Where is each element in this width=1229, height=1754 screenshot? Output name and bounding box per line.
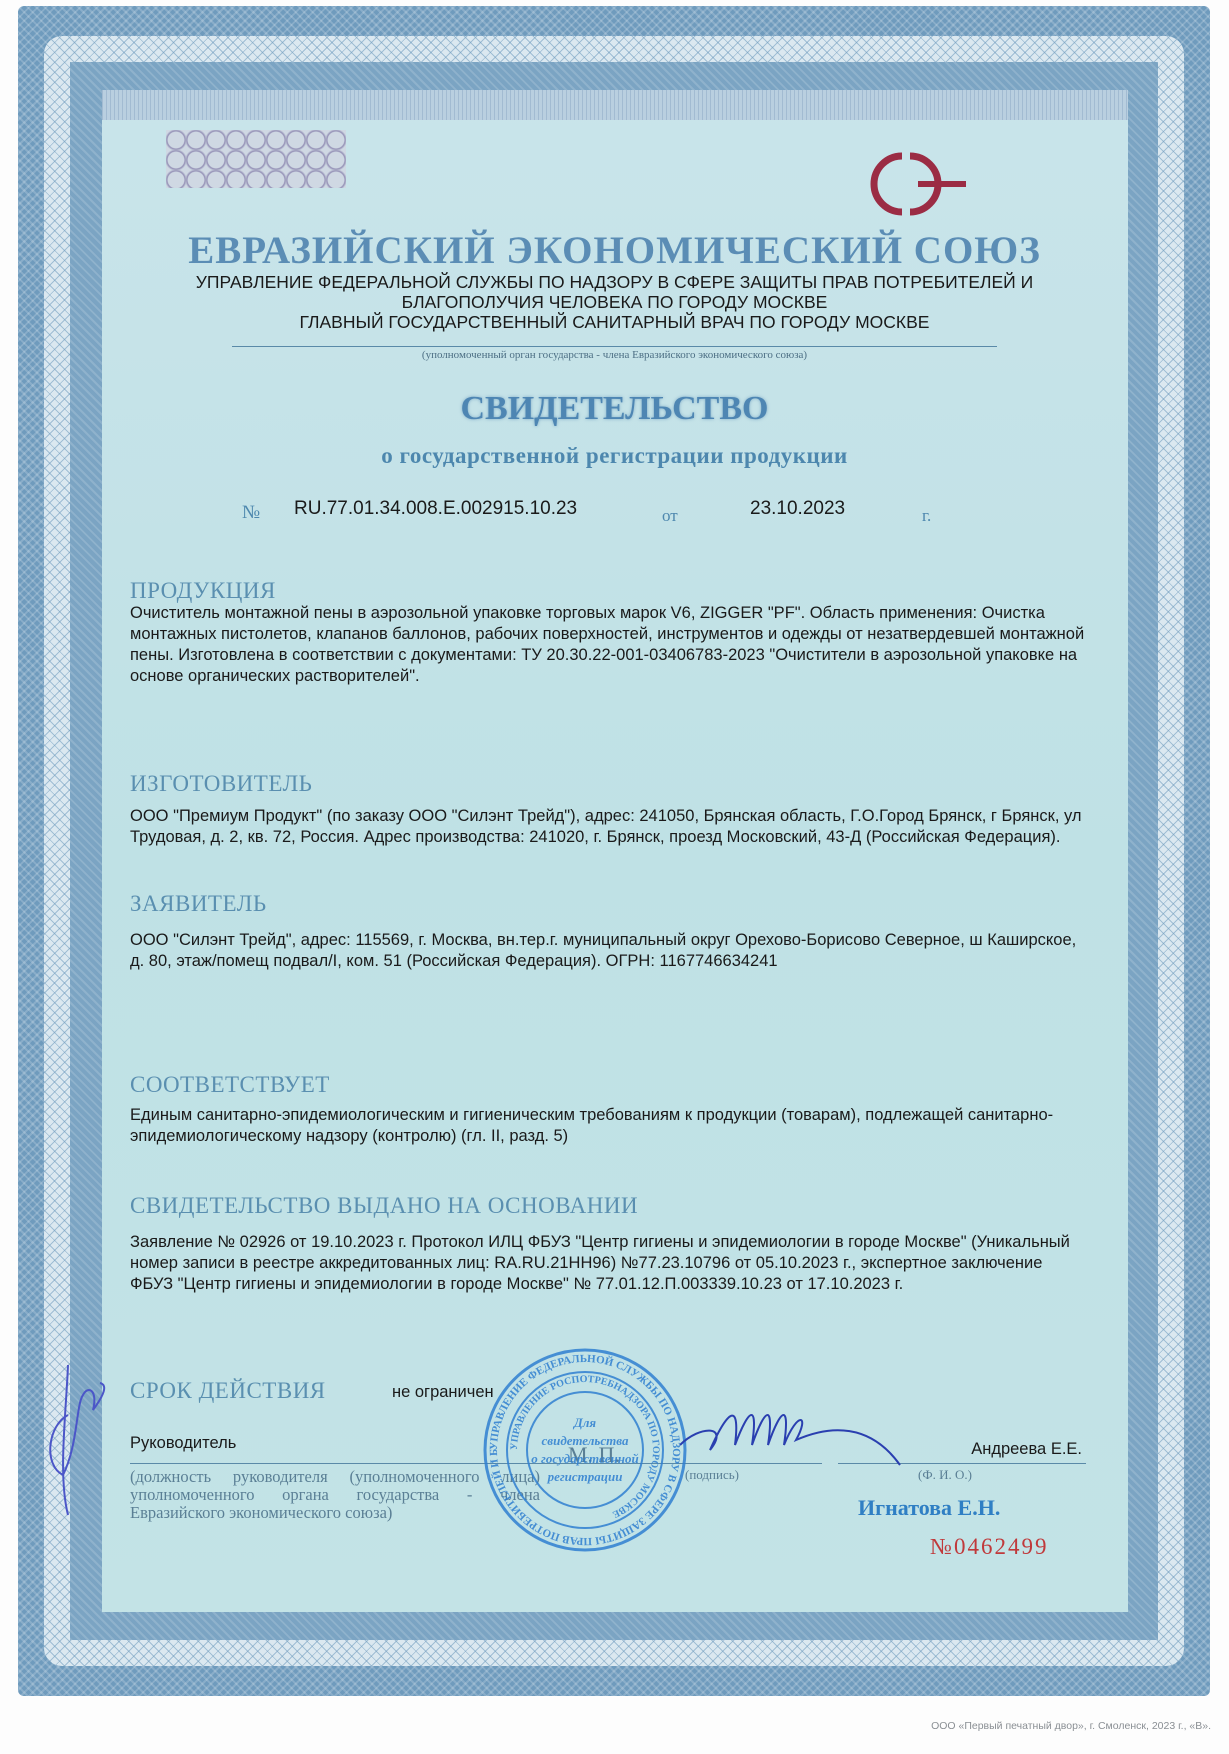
- position-caption: (должность руководителя (уполномоченного…: [130, 1468, 540, 1522]
- validity-value: не ограничен: [392, 1383, 494, 1402]
- section-heading-validity: СРОК ДЕЙСТВИЯ: [130, 1378, 326, 1404]
- agency-line: ГЛАВНЫЙ ГОСУДАРСТВЕННЫЙ САНИТАРНЫЙ ВРАЧ …: [140, 312, 1089, 332]
- serial-number: №0462499: [930, 1534, 1048, 1560]
- authority-caption: (уполномоченный орган государства - член…: [0, 349, 1229, 361]
- section-heading-basis: СВИДЕТЕЛЬСТВО ВЫДАНО НА ОСНОВАНИИ: [130, 1193, 638, 1219]
- certificate-title: СВИДЕТЕЛЬСТВО: [0, 390, 1229, 428]
- union-title: ЕВРАЗИЙСКИЙ ЭКОНОМИЧЕСКИЙ СОЮЗ: [0, 228, 1229, 273]
- svg-text:Для: Для: [573, 1415, 597, 1430]
- official-seal-icon: УПРАВЛЕНИЕ ФЕДЕРАЛЬНОЙ СЛУЖБЫ ПО НАДЗОРУ…: [480, 1345, 690, 1555]
- section-heading-applicant: ЗАЯВИТЕЛЬ: [130, 891, 267, 917]
- registration-number-row: № RU.77.01.34.008.E.002915.10.23 от 23.1…: [0, 498, 1229, 528]
- se-conformity-mark-icon: [858, 148, 978, 220]
- svg-text:свидетельства: свидетельства: [542, 1433, 629, 1448]
- registration-date: 23.10.2023: [750, 498, 845, 520]
- section-body-complies: Единым санитарно-эпидемиологическим и ги…: [130, 1105, 1090, 1147]
- section-heading-product: ПРОДУКЦИЯ: [130, 578, 276, 604]
- divider: [232, 346, 997, 347]
- section-body-manufacturer: ООО "Премиум Продукт" (по заказу ООО "Си…: [130, 806, 1090, 848]
- section-heading-complies: СООТВЕТСТВУЕТ: [130, 1072, 330, 1098]
- signatory-role: Руководитель: [130, 1434, 236, 1453]
- agency-name: УПРАВЛЕНИЕ ФЕДЕРАЛЬНОЙ СЛУЖБЫ ПО НАДЗОРУ…: [140, 272, 1089, 332]
- svg-text:регистрации: регистрации: [547, 1469, 623, 1484]
- section-heading-manufacturer: ИЗГОТОВИТЕЛЬ: [130, 771, 312, 797]
- section-body-product: Очиститель монтажной пены в аэрозольной …: [130, 603, 1090, 687]
- section-body-applicant: ООО "Силэнт Трейд", адрес: 115569, г. Мо…: [130, 930, 1090, 972]
- stamped-name: Игнатова Е.Н.: [858, 1495, 1000, 1521]
- certificate-subtitle: о государственной регистрации продукции: [0, 443, 1229, 469]
- agency-line: БЛАГОПОЛУЧИЯ ЧЕЛОВЕКА ПО ГОРОДУ МОСКВЕ: [140, 292, 1089, 312]
- date-suffix: г.: [922, 506, 931, 526]
- date-prefix: от: [662, 506, 678, 526]
- hologram-icon: [166, 130, 346, 188]
- initials-signature: [38, 1355, 108, 1525]
- printer-imprint: ООО «Первый печатный двор», г. Смоленск,…: [931, 1720, 1211, 1732]
- registration-number: RU.77.01.34.008.E.002915.10.23: [294, 498, 577, 520]
- security-band: [102, 90, 1128, 120]
- handwritten-signature: [670, 1395, 930, 1475]
- section-body-basis: Заявление № 02926 от 19.10.2023 г. Прото…: [130, 1232, 1090, 1295]
- agency-line: УПРАВЛЕНИЕ ФЕДЕРАЛЬНОЙ СЛУЖБЫ ПО НАДЗОРУ…: [140, 272, 1089, 292]
- number-symbol: №: [242, 502, 260, 524]
- svg-text:о государственной: о государственной: [531, 1451, 638, 1466]
